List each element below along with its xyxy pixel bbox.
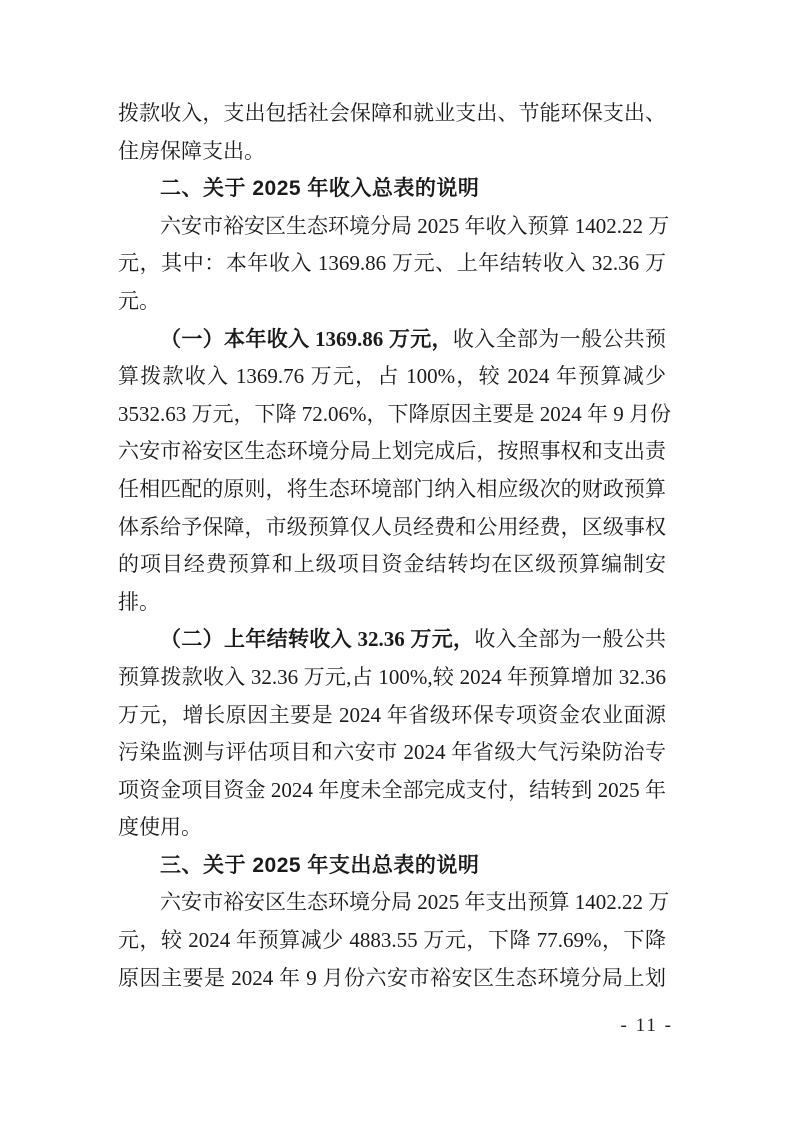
text-line: （一）本年收入 1369.86 万元，收入全部为一般公共预 [118,321,666,359]
document-body: 拨款收入，支出包括社会保障和就业支出、节能环保支出、 住房保障支出。 二、关于 … [118,95,666,997]
line-text: 六安市裕安区生态环境分局 2025 年收入预算 1402.22 万 [160,214,669,238]
text-line: 元，其中：本年收入 1369.86 万元、上年结转收入 32.36 万 [118,245,666,283]
text-line: 六安市裕安区生态环境分局 2025 年支出预算 1402.22 万 [118,884,666,922]
line-text: 六安市裕安区生态环境分局上划完成后，按照事权和支出责 [118,439,666,463]
line-text: 元，其中：本年收入 1369.86 万元、上年结转收入 32.36 万 [118,251,666,275]
text-line: 万元，增长原因主要是 2024 年省级环保专项资金农业面源 [118,697,666,735]
text-line: 度使用。 [118,809,666,847]
line-text: 度使用。 [118,815,202,839]
line-text: 项资金项目资金 2024 年度未全部完成支付，结转到 2025 年 [118,778,666,802]
heading-text: 三、关于 2025 年支出总表的说明 [160,854,479,877]
text-line: 住房保障支出。 [118,133,666,171]
line-text: 的项目经费预算和上级项目资金结转均在区级预算编制安 [118,552,666,576]
text-line: （二）上年结转收入 32.36 万元，收入全部为一般公共 [118,621,666,659]
text-line: 预算拨款收入 32.36 万元,占 100%,较 2024 年预算增加 32.3… [118,659,666,697]
line-text: 元。 [118,289,160,313]
text-line: 六安市裕安区生态环境分局 2025 年收入预算 1402.22 万 [118,208,666,246]
line-text: 体系给予保障，市级预算仅人员经费和公用经费，区级事权 [118,515,666,539]
line-text: 收入全部为一般公共预 [453,327,666,351]
text-line: 原因主要是 2024 年 9 月份六安市裕安区生态环境分局上划 [118,960,666,998]
line-text: 六安市裕安区生态环境分局 2025 年支出预算 1402.22 万 [160,890,669,914]
line-text: 拨款收入，支出包括社会保障和就业支出、节能环保支出、 [118,101,666,125]
heading-text: 二、关于 2025 年收入总表的说明 [160,177,479,200]
section-heading-income: 二、关于 2025 年收入总表的说明 [118,170,666,208]
line-text: 3532.63 万元，下降 72.06%，下降原因主要是 2024 年 9 月份 [118,402,671,426]
line-text: 污染监测与评估项目和六安市 2024 年省级大气污染防治专 [118,740,666,764]
line-text: 住房保障支出。 [118,139,265,163]
text-line: 污染监测与评估项目和六安市 2024 年省级大气污染防治专 [118,734,666,772]
text-line: 3532.63 万元，下降 72.06%，下降原因主要是 2024 年 9 月份 [118,396,666,434]
text-line: 任相匹配的原则，将生态环境部门纳入相应级次的财政预算 [118,471,666,509]
line-text: 任相匹配的原则，将生态环境部门纳入相应级次的财政预算 [118,477,666,501]
line-text: 万元，增长原因主要是 2024 年省级环保专项资金农业面源 [118,703,666,727]
page-number: - 11 - [621,1012,673,1040]
text-line: 算拨款收入 1369.76 万元，占 100%，较 2024 年预算减少 [118,358,666,396]
text-line: 项资金项目资金 2024 年度未全部完成支付，结转到 2025 年 [118,772,666,810]
bold-lead-text: （二）上年结转收入 32.36 万元， [160,627,474,651]
text-line: 体系给予保障，市级预算仅人员经费和公用经费，区级事权 [118,509,666,547]
line-text: 排。 [118,590,160,614]
document-page: 拨款收入，支出包括社会保障和就业支出、节能环保支出、 住房保障支出。 二、关于 … [0,0,793,1122]
bold-lead-text: （一）本年收入 1369.86 万元， [160,327,453,351]
line-text: 原因主要是 2024 年 9 月份六安市裕安区生态环境分局上划 [118,966,666,990]
line-text: 元，较 2024 年预算减少 4883.55 万元，下降 77.69%，下降 [118,928,666,952]
text-line: 排。 [118,584,666,622]
text-line: 六安市裕安区生态环境分局上划完成后，按照事权和支出责 [118,433,666,471]
line-text: 收入全部为一般公共 [474,627,666,651]
text-line: 拨款收入，支出包括社会保障和就业支出、节能环保支出、 [118,95,666,133]
text-line: 的项目经费预算和上级项目资金结转均在区级预算编制安 [118,546,666,584]
line-text: 算拨款收入 1369.76 万元，占 100%，较 2024 年预算减少 [118,364,666,388]
line-text: 预算拨款收入 32.36 万元,占 100%,较 2024 年预算增加 32.3… [118,665,666,689]
text-line: 元。 [118,283,666,321]
section-heading-expenditure: 三、关于 2025 年支出总表的说明 [118,847,666,885]
text-line: 元，较 2024 年预算减少 4883.55 万元，下降 77.69%，下降 [118,922,666,960]
